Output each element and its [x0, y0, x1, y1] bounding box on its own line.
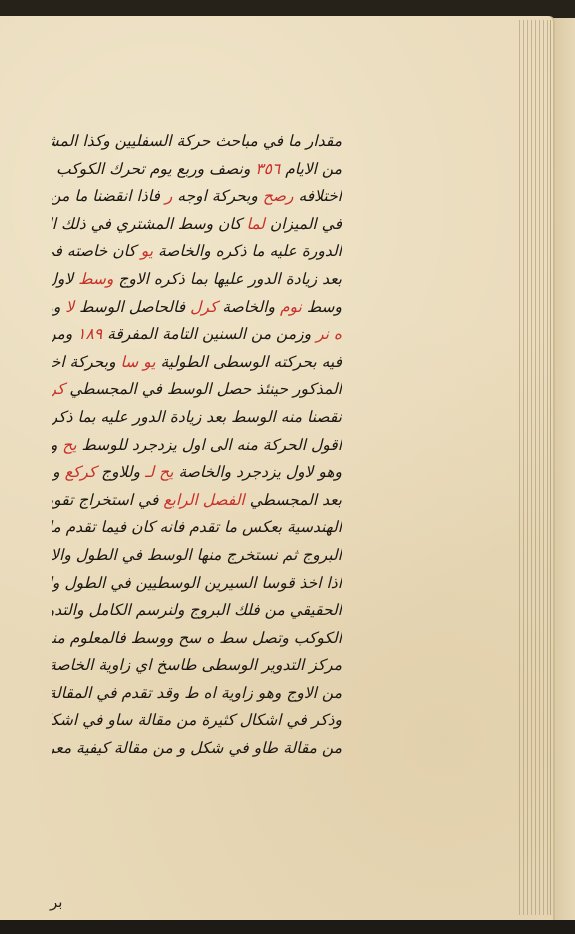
text-line-4: في الميزان لما كان وسط المشتري في ذلك ال…: [52, 211, 342, 239]
text-line-2: من الايام ٣٥٦ ونصف وربع يوم تحرك الكوكب …: [52, 156, 342, 184]
text-line-18: الحقيقي من فلك البروج ولنرسم الكامل والت…: [52, 597, 342, 625]
section-heading-line: بعد المجسطي الفصل الرابع في استخراج تقوي…: [52, 487, 342, 515]
text-line-15: الهندسية بعكس ما تقدم فانه كان فيما تقدم…: [52, 514, 342, 542]
text-line-5: الدورة عليه ما ذكره والخاصة يو كان خاصته…: [52, 238, 342, 266]
text-line-17: اذا اخذ قوسا السيرين الوسطيين في الطول و…: [52, 570, 342, 598]
text-line-6: بعد زيادة الدور عليها بما ذكره الاوج وسط…: [52, 266, 342, 294]
text-line-22: وذكر في اشكال كثيرة من مقالة ساو في اشكا…: [52, 707, 342, 735]
text-line-12: اقول الحركة منه الى اول يزدجرد للوسط يح …: [52, 432, 342, 460]
text-line-7: وسط نوم والخاصة كرل فالحاصل الوسط لا وهو…: [52, 294, 342, 322]
text-line-20: مركز التدوير الوسطى طاسخ اي زاوية الخاصة…: [52, 652, 342, 680]
text-line-23: من مقالة طاو في شكل و من مقالة كيفية معر…: [52, 735, 342, 763]
text-line-16: البروج ثم نستخرج منها الوسط في الطول وال…: [52, 542, 342, 570]
stacked-page-edges: [516, 20, 551, 915]
text-line-11: نقصنا منه الوسط بعد زيادة الدور عليه بما…: [52, 404, 342, 432]
folio-catchword: بر: [50, 893, 62, 911]
scan-background-bottom: [0, 920, 575, 934]
text-line-1: مقدار ما في مباحث حركة السفليين وكذا الم…: [52, 128, 342, 156]
rubric-section-title: الفصل الرابع: [163, 491, 244, 509]
text-line-19: الكوكب وتصل سط ه سح ووسط فالمعلوم منها ز…: [52, 625, 342, 653]
text-line-9: فيه بحركته الوسطى الطولية يو سا وبحركة ا…: [52, 349, 342, 377]
manuscript-text-block: مقدار ما في مباحث حركة السفليين وكذا الم…: [52, 128, 342, 763]
text-line-8: ه نر وزمن من السنين التامة المفرقة ١٨٩ و…: [52, 321, 342, 349]
text-line-3: اختلافه رصح وبحركة اوجه ر فاذا انقضنا ما…: [52, 183, 342, 211]
text-line-13: وهو لاول يزدجرد والخاصة يح لـ وللاوج كرك…: [52, 459, 342, 487]
text-line-21: من الاوج وهو زاوية اه ط وقد تقدم في المق…: [52, 680, 342, 708]
text-line-10: المذكور حينئذ حصل الوسط في المجسطي كرو ك…: [52, 376, 342, 404]
